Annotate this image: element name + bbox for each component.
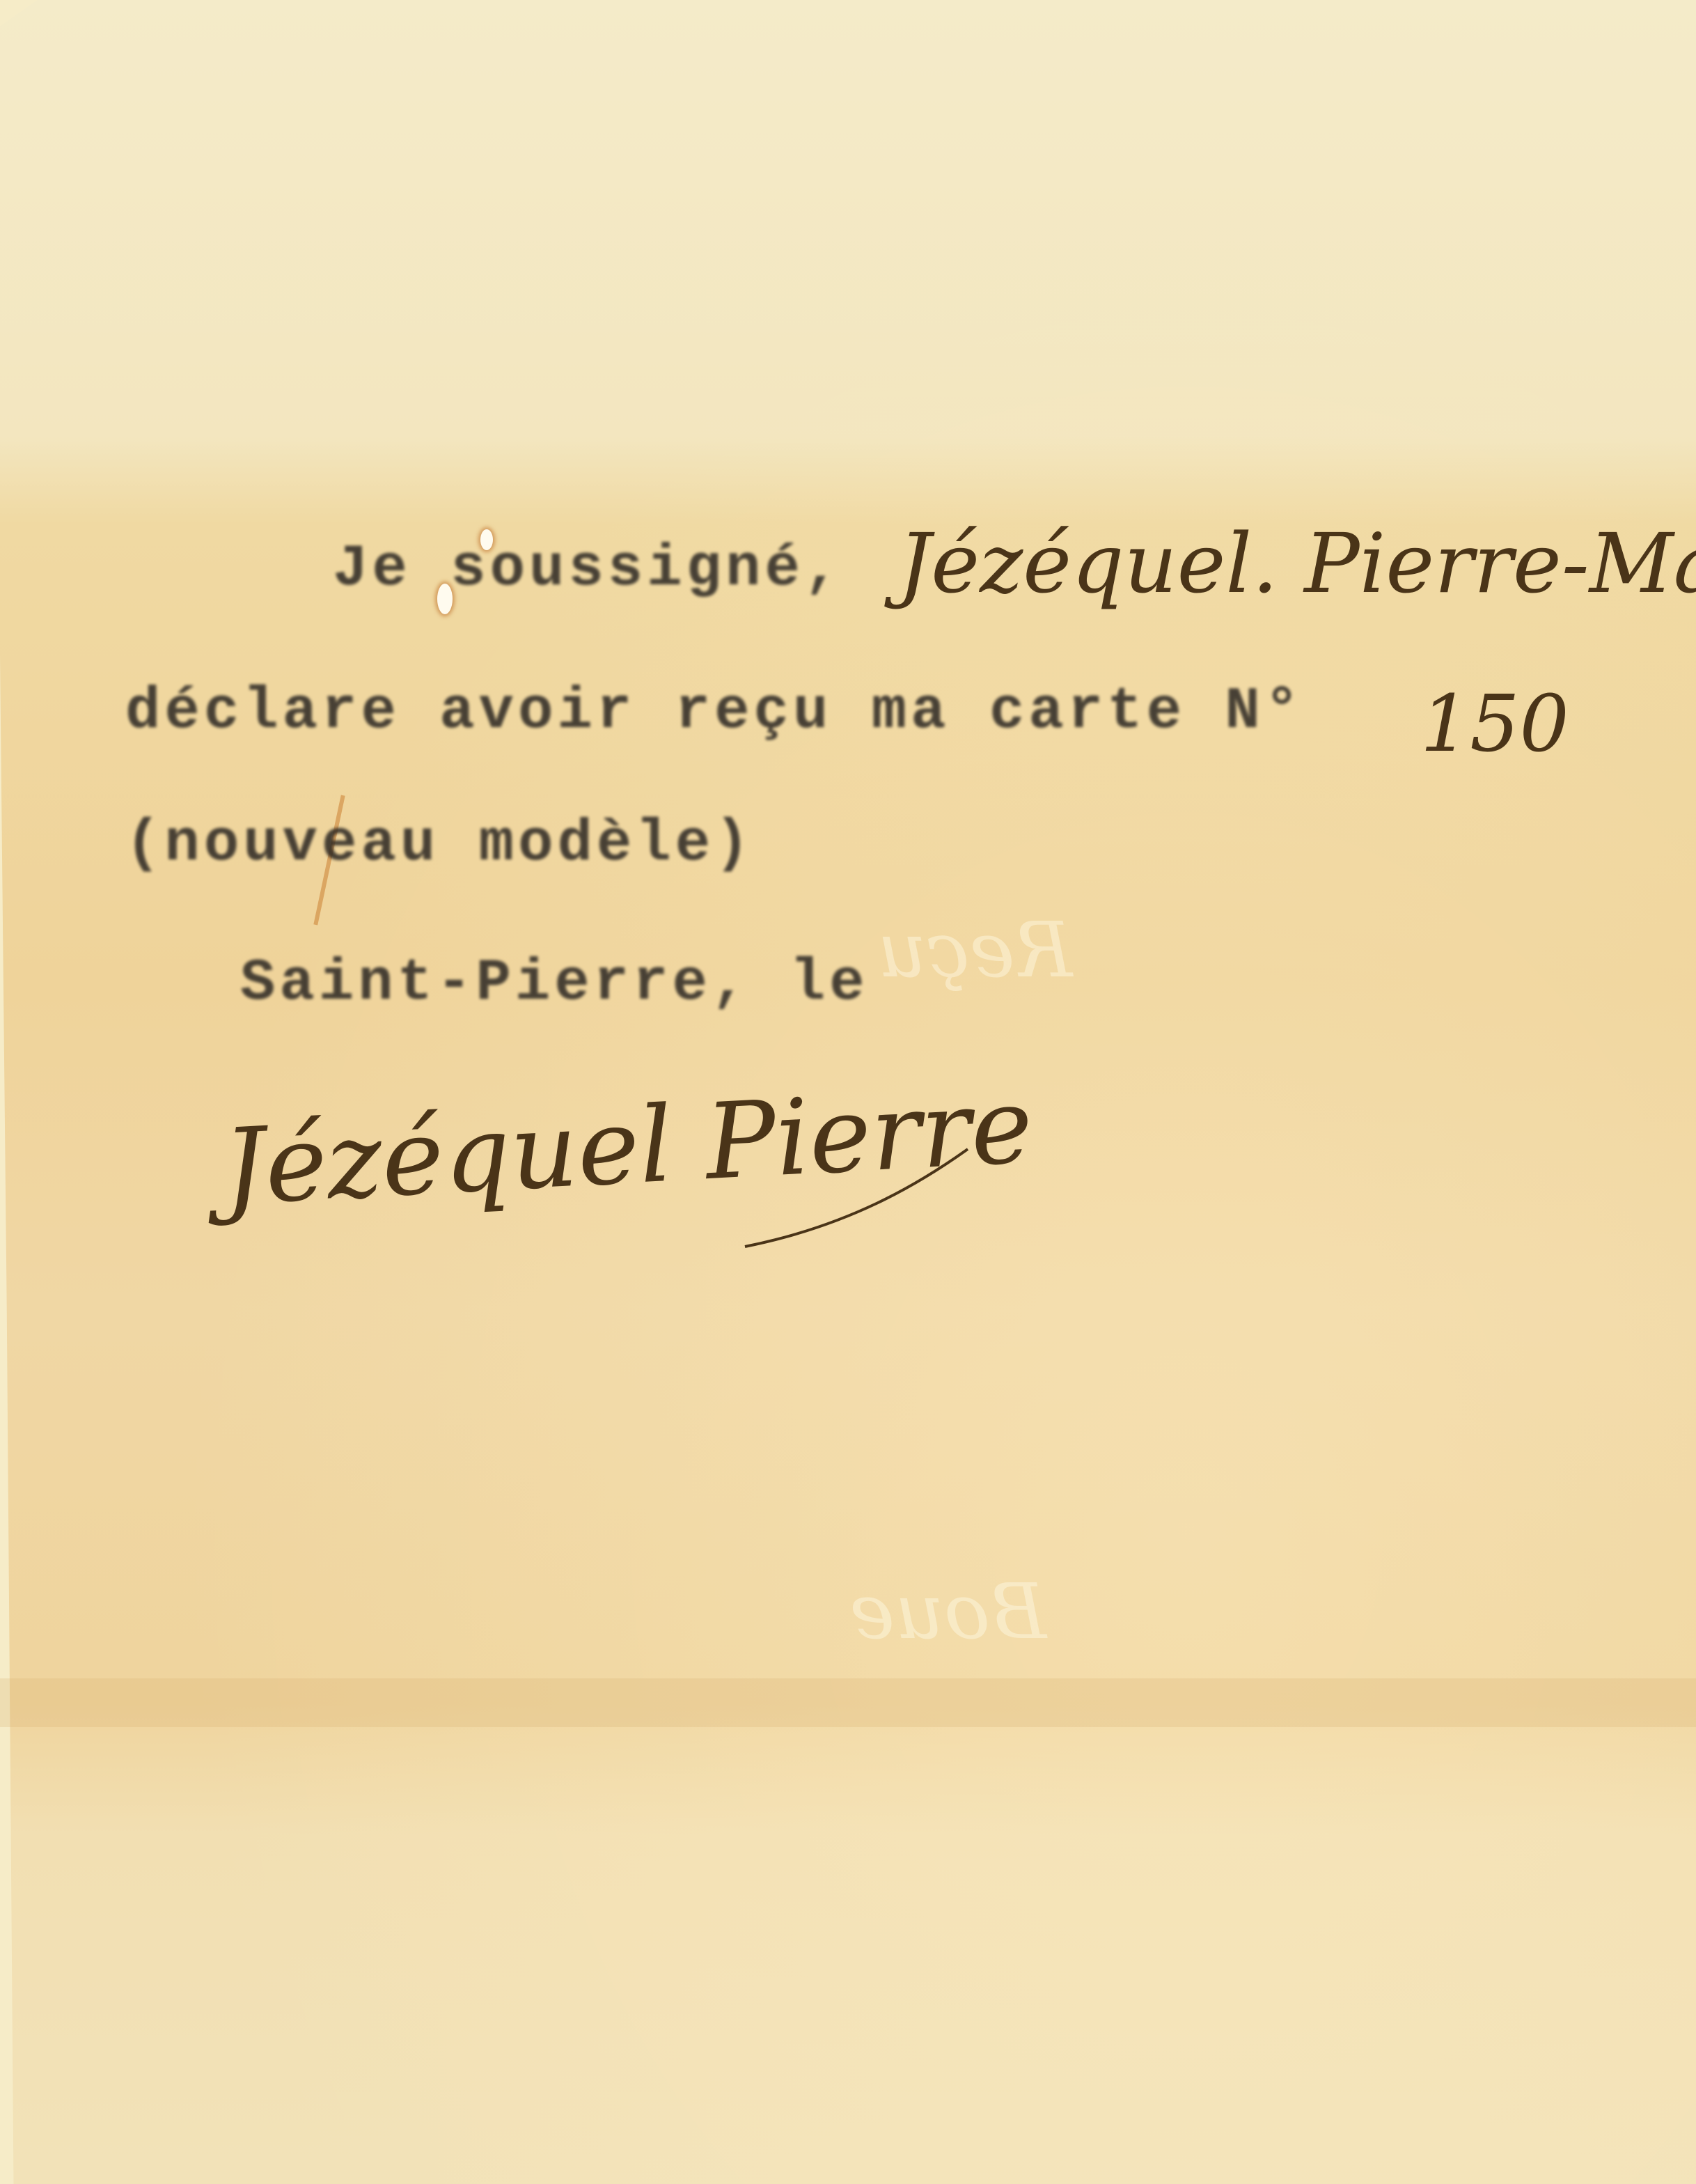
bleed-through-text: Boue — [849, 1567, 1046, 1656]
bleed-through-text: Reçu — [877, 905, 1072, 994]
stain-band — [0, 1678, 1696, 1727]
typed-line-1: Je soussigné, — [333, 536, 843, 602]
typed-line-2: déclare avoir reçu ma carte N° — [125, 679, 1303, 745]
typed-line-3: (nouveau modèle) — [125, 811, 754, 877]
signature-flourish — [738, 1142, 975, 1254]
typed-line-4: Saint-Pierre, le — [240, 951, 869, 1017]
handwritten-name: Jézéquel. Pierre-Marie — [898, 515, 1696, 611]
handwritten-card-number: 150 — [1420, 679, 1569, 770]
